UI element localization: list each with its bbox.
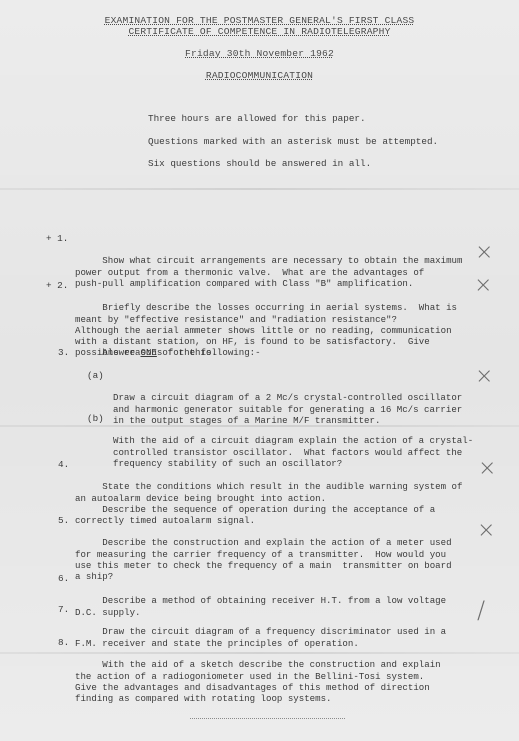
paper-fold (0, 188, 519, 190)
exam-title-line2: CERTIFICATE OF COMPETENCE IN RADIOTELEGR… (0, 26, 519, 37)
exam-subject: RADIOCOMMUNICATION (0, 70, 519, 81)
question-8-number: 8. (58, 637, 69, 648)
grader-cross-mark: × (477, 520, 495, 542)
question-6-number: 6. (58, 573, 69, 584)
grader-cross-mark: × (475, 242, 493, 264)
exam-paper: EXAMINATION FOR THE POSTMASTER GENERAL'S… (0, 0, 519, 741)
exam-title-line1: EXAMINATION FOR THE POSTMASTER GENERAL'S… (0, 15, 519, 26)
question-3b-label: (b) (87, 413, 104, 424)
question-3-number: 3. (58, 347, 69, 358)
exam-date: Friday 30th November 1962 (0, 48, 519, 59)
instruction-duration: Three hours are allowed for this paper. (148, 113, 366, 124)
end-dotted-rule (190, 718, 345, 719)
question-4-number: 4. (58, 459, 69, 470)
question-7-number: 7. (58, 604, 69, 615)
instruction-asterisk: Questions marked with an asterisk must b… (148, 136, 438, 147)
question-8-text: With the aid of a sketch describe the co… (75, 637, 441, 727)
question-2-number: + 2. (46, 280, 68, 291)
question-2-text: Briefly describe the losses occurring in… (75, 280, 457, 381)
grader-tick-mark: / (477, 598, 485, 622)
question-1-number: + 1. (46, 233, 68, 244)
grader-cross-mark: × (478, 458, 496, 480)
instruction-count: Six questions should be answered in all. (148, 158, 371, 169)
question-3a-label: (a) (87, 370, 104, 381)
question-3-intro: Answer ONE of the following:- (75, 347, 261, 358)
grader-cross-mark: × (475, 366, 493, 388)
question-5-number: 5. (58, 515, 69, 526)
grader-cross-mark: × (474, 275, 492, 297)
